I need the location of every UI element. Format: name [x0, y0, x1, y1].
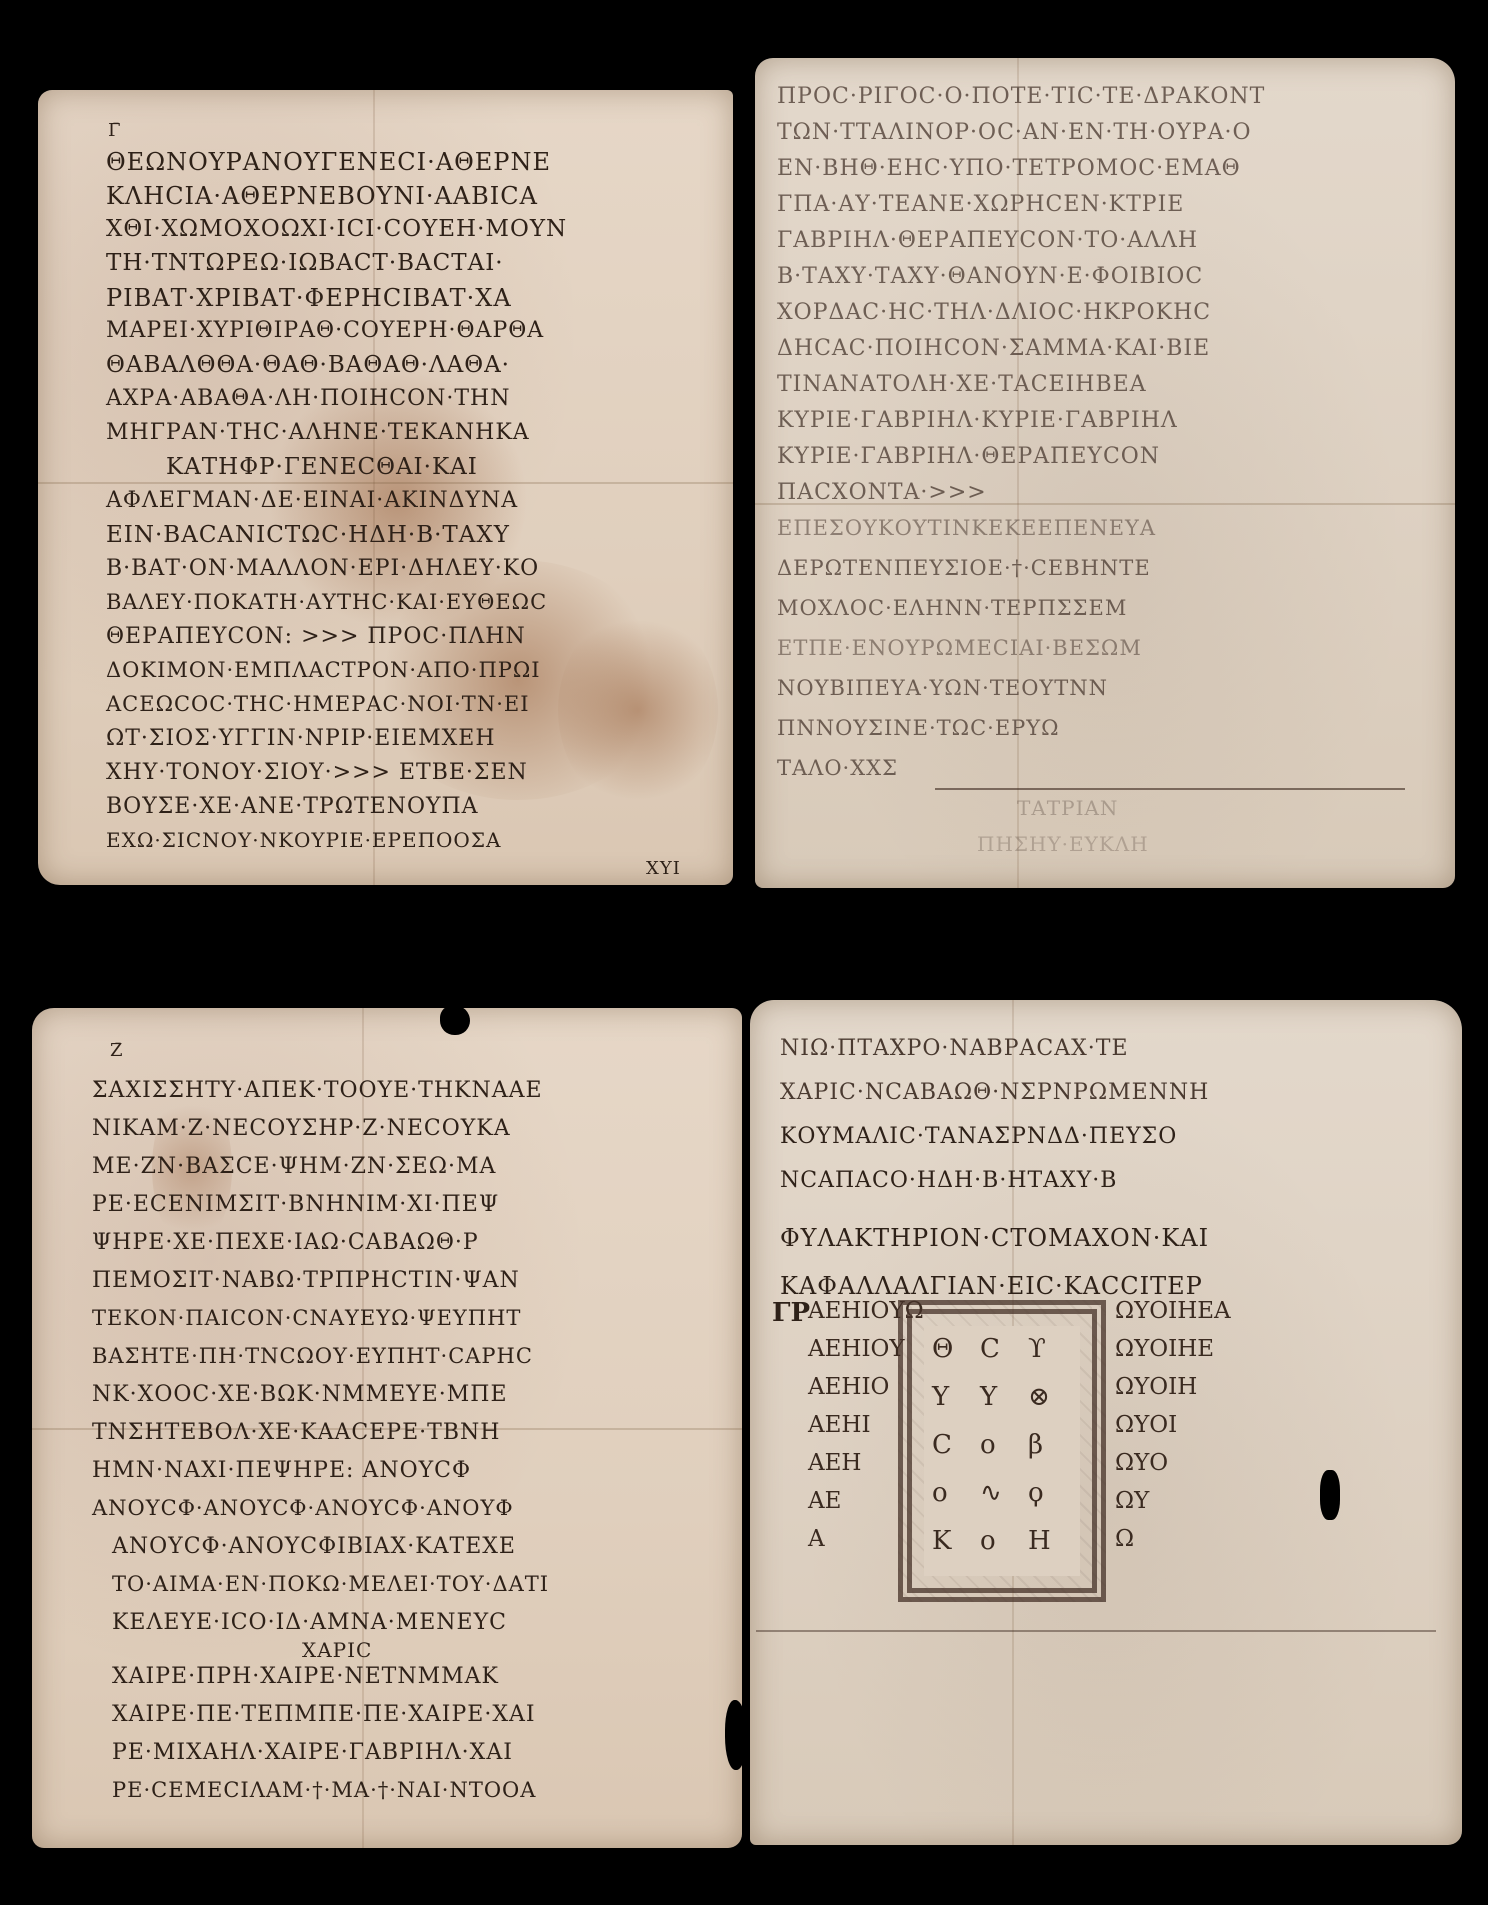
- page-text: ΘΕΩΝΟΥΡΑΝΟΥΓΕΝΕCΙ·ΑΘΕΡΝΕ ΚΛΗCΙΑ·ΑΘΕΡΝΕΒΟ…: [106, 150, 681, 884]
- text-line: ΧΑΡΙC·ΝCΑΒΑΩΘ·ΝΣΡΝΡΩΜΕΝΝΗ: [780, 1082, 1209, 1126]
- text-line: ΕΙΝ·ΒΑCΑΝΙCΤΩC·ΗΔΗ·Β·ΤΑΧΥ: [106, 524, 681, 558]
- amulet-symbol: ∿: [980, 1478, 1024, 1520]
- text-line: ΤΗ·ΤΝΤΩΡΕΩ·ΙΩΒΑCΤ·ΒΑCΤΑΙ·: [106, 252, 681, 286]
- text-line: ΧΟΡΔΑC·ΗC·ΤΗΛ·ΔΛΙΟC·ΗΚΡΟΚΗC: [777, 302, 1265, 338]
- text-line: ΤΑΤΡΙΑΝ: [777, 798, 1265, 834]
- text-line: ΗΜΝ·ΝΑΧΙ·ΠΕΨΗΡΕ: ΑΝΟΥCΦ: [92, 1460, 549, 1498]
- text-line: ΤΙΝΑΝΑΤΟΛΗ·ΧΕ·ΤΑCΕΙΗΒΕΑ: [777, 374, 1265, 410]
- text-line: ΦΥΛΑΚΤΗΡΙΟΝ·CΤΟΜΑΧΟΝ·ΚΑΙ: [780, 1226, 1209, 1274]
- text-line: ΠΕΜΟΣΙΤ·ΝΑΒΩ·ΤΡΠΡΗCΤΙΝ·ΨΑΝ: [92, 1270, 549, 1308]
- divider-rule: [756, 1630, 1436, 1632]
- text-line: ΘΕΩΝΟΥΡΑΝΟΥΓΕΝΕCΙ·ΑΘΕΡΝΕ: [106, 150, 681, 184]
- amulet-symbol: ϙ: [1028, 1478, 1072, 1520]
- text-line: ΩΤ·ΣΙΟΣ·ΥΓΓΙΝ·ΝΡΙΡ·ΕΙΕΜΧΕΗ: [106, 728, 681, 762]
- amulet-symbol: ϒ: [1028, 1334, 1072, 1376]
- text-line: ΨΗΡΕ·ΧΕ·ΠΕΧΕ·ΙΑΩ·CΑΒΑΩΘ·Ρ: [92, 1232, 549, 1270]
- amulet-symbol: ο: [980, 1430, 1024, 1472]
- triangle-row: ΩΥΟΙ: [1115, 1414, 1231, 1452]
- text-line: ΣΑΧΙΣΣΗΤΥ·ΑΠΕΚ·ΤΟΟΥΕ·ΤΗΚΝΑΑΕ: [92, 1080, 549, 1118]
- text-line: ΤΑΛΟ·ΧΧΣ: [777, 758, 1265, 798]
- text-line: ΝΟΥΒΙΠΕΥΑ·ΥΩΝ·ΤΕΟΥΤΝΝ: [777, 678, 1265, 718]
- text-line: ΧΑΙΡΕ·ΠΕ·ΤΕΠΜΠΕ·ΠΕ·ΧΑΙΡΕ·ΧΑΙ: [92, 1704, 549, 1742]
- amulet-symbol: Υ: [980, 1382, 1024, 1424]
- triangle-row: ΩΥΟΙΗΕ: [1115, 1338, 1231, 1376]
- text-line: ΧΗΥ·ΤΟΝΟΥ·ΣΙΟΥ·>>> ΕΤΒΕ·ΣΕΝ: [106, 762, 681, 796]
- text-line: ΝΚ·ΧΟΟC·ΧΕ·ΒΩΚ·ΝΜΜΕΥΕ·ΜΠΕ: [92, 1384, 549, 1422]
- amulet-symbol: ⊗: [1028, 1382, 1072, 1424]
- text-line: ΚΥΡΙΕ·ΓΑΒΡΙΗΛ·ΘΕΡΑΠΕΥCΟΝ: [777, 446, 1265, 482]
- text-line: ΚΟΥΜΑΛΙC·ΤΑΝΑΣΡΝΔΔ·ΠΕΥΣΟ: [780, 1126, 1209, 1170]
- text-line: ΓΑΒΡΙΗΛ·ΘΕΡΑΠΕΥCΟΝ·ΤΟ·ΑΛΛΗ: [777, 230, 1265, 266]
- amulet-symbol: Η: [1028, 1526, 1072, 1568]
- text-line: ΜΑΡΕΙ·ΧΥΡΙΘΙΡΑΘ·CΟΥΕΡΗ·ΘΑΡΘΑ: [106, 320, 681, 354]
- triangle-row: ΩΥ: [1115, 1490, 1231, 1528]
- binding-hole: [1320, 1470, 1340, 1520]
- text-line: ΒΑΣΗΤΕ·ΠΗ·ΤΝCΩΟΥ·ΕΥΠΗΤ·CΑΡΗC: [92, 1346, 549, 1384]
- text-line: ΠΝΝΟΥΣΙΝΕ·ΤΩC·ΕΡΥΩ: [777, 718, 1265, 758]
- text-line: ΤΩΝ·ΤΤΑΛΙΝΟΡ·ΟC·ΑΝ·ΕΝ·ΤΗ·ΟΥΡΑ·Ο: [777, 122, 1265, 158]
- amulet-symbol: Υ: [932, 1382, 976, 1424]
- text-line: ΝΙΚΑΜ·Ζ·ΝΕCΟΥΣΗΡ·Ζ·ΝΕCΟΥΚΑ: [92, 1118, 549, 1156]
- vowel-triangle-right: ΩΥΟΙΗΕΑ ΩΥΟΙΗΕ ΩΥΟΙΗ ΩΥΟΙ ΩΥΟ ΩΥ Ω: [1115, 1300, 1231, 1566]
- text-line: ΠΡΟC·ΡΙΓΟC·Ο·ΠΟΤΕ·ΤΙC·ΤΕ·ΔΡΑΚΟΝΤ: [777, 86, 1265, 122]
- text-line: ΒΟΥΣΕ·ΧΕ·ΑΝΕ·ΤΡΩΤΕΝΟΥΠΑ: [106, 796, 681, 830]
- amulet-symbols: Θ C ϒ Υ Υ ⊗ C ο β ο ∿ ϙ Κ ο Η: [924, 1326, 1080, 1576]
- text-line: ΕΝ·ΒΗΘ·ΕΗC·ΥΠΟ·ΤΕΤΡΟΜΟC·ΕΜΑΘ: [777, 158, 1265, 194]
- folio-mark: Ζ̄: [110, 1040, 123, 1061]
- text-line: ΑΝΟΥCΦ·ΑΝΟΥCΦΙΒΙΑΧ·ΚΑΤΕΧΕ: [92, 1536, 549, 1574]
- text-line: ΧΑΙΡΕ·ΠΡΗ·ΧΑΙΡΕ·ΝΕΤΝΜΜΑΚ: [92, 1666, 549, 1704]
- text-line: ΕΧΩ·ΣΙCΝΟΥ·ΝΚΟΥΡΙΕ·ΕΡΕΠΟΟΣΑ: [106, 830, 681, 860]
- triangle-row: ΩΥΟΙΗΕΑ: [1115, 1300, 1231, 1338]
- text-line: ΠΗΣΗΥ·ΕΥΚΛΗ: [777, 834, 1265, 870]
- text-line: ΚΥΡΙΕ·ΓΑΒΡΙΗΛ·ΚΥΡΙΕ·ΓΑΒΡΙΗΛ: [777, 410, 1265, 446]
- text-line: ΔΟΚΙΜΟΝ·ΕΜΠΛΑCΤΡΟΝ·ΑΠΟ·ΠΡΩΙ: [106, 660, 681, 694]
- text-line: ΤΟ·ΑΙΜΑ·ΕΝ·ΠΟΚΩ·ΜΕΛΕΙ·ΤΟΥ·ΔΑΤΙ: [92, 1574, 549, 1612]
- text-line: ΕΠΕΣΟΥΚΟΥΤΙΝΚΕΚΕΕΠΕΝΕΥΑ: [777, 518, 1265, 558]
- text-line: ΓΠΑ·ΑΥ·ΤΕΑΝΕ·ΧΩΡΗCΕΝ·ΚΤΡΙΕ: [777, 194, 1265, 230]
- text-line: ΚΑΤΗΦΡ·ΓΕΝΕCΘΑΙ·ΚΑΙ: [106, 456, 681, 490]
- divider-rule: [935, 788, 1405, 790]
- text-line: ΜΟΧΛΟC·ΕΛΗΝΝ·ΤΕΡΠΣΣΕΜ: [777, 598, 1265, 638]
- text-line: ΔΕΡΩΤΕΝΠΕΥΣΙΟΕ·†·CΕΒΗΝΤΕ: [777, 558, 1265, 598]
- manuscript-page-bottom-left: Ζ̄ ΣΑΧΙΣΣΗΤΥ·ΑΠΕΚ·ΤΟΟΥΕ·ΤΗΚΝΑΑΕ ΝΙΚΑΜ·Ζ·…: [32, 1008, 742, 1848]
- text-line: ΚΕΛΕΥΕ·ΙCΟ·ΙΔ·ΑΜΝΑ·ΜΕΝΕΥC: [92, 1612, 549, 1640]
- page-text: ΝΙΩ·ΠΤΑΧΡΟ·ΝΑΒΡΑCΑΧ·ΤΕ ΧΑΡΙC·ΝCΑΒΑΩΘ·ΝΣΡ…: [780, 1038, 1209, 1322]
- text-line: ΒΑΛΕΥ·ΠΟΚΑΤΗ·ΑΥΤΗC·ΚΑΙ·ΕΥΘΕΩC: [106, 592, 681, 626]
- text-line: ΑCΕΩCΟC·ΤΗC·ΗΜΕΡΑC·ΝΟΙ·ΤΝ·ΕΙ: [106, 694, 681, 728]
- amulet-symbol: Θ: [932, 1334, 976, 1376]
- text-line: ΜΕ·ΖΝ·ΒΑΣCΕ·ΨΗΜ·ΖΝ·ΣΕΩ·ΜΑ: [92, 1156, 549, 1194]
- text-line: ΡΕ·ΜΙΧΑΗΛ·ΧΑΙΡΕ·ΓΑΒΡΙΗΛ·ΧΑΙ: [92, 1742, 549, 1780]
- text-line: ΠΑCΧΟΝΤΑ·>>>: [777, 482, 1265, 518]
- amulet-symbol: ο: [932, 1478, 976, 1520]
- folio-mark: Γ̄: [108, 120, 121, 141]
- triangle-row: ΩΥΟΙΗ: [1115, 1376, 1231, 1414]
- text-line: ΜΗΓΡΑΝ·ΤΗC·ΑΛΗΝΕ·ΤΕΚΑΝΗΚΑ: [106, 422, 681, 456]
- text-line: ΧΑΡΙC: [92, 1640, 549, 1666]
- amulet-symbol: ο: [980, 1526, 1024, 1568]
- text-line: Β·ΒΑΤ·ΟΝ·ΜΑΛΛΟΝ·ΕΡΙ·ΔΗΛΕΥ·ΚΟ: [106, 558, 681, 592]
- manuscript-page-top-left: Γ̄ ΘΕΩΝΟΥΡΑΝΟΥΓΕΝΕCΙ·ΑΘΕΡΝΕ ΚΛΗCΙΑ·ΑΘΕΡΝ…: [38, 90, 733, 885]
- section-label: ΓΡ: [772, 1298, 810, 1328]
- text-line: ΑΝΟΥCΦ·ΑΝΟΥCΦ·ΑΝΟΥCΦ·ΑΝΟΥΦ: [92, 1498, 549, 1536]
- binding-hole: [440, 1005, 470, 1035]
- manuscript-page-top-right: ΠΡΟC·ΡΙΓΟC·Ο·ΠΟΤΕ·ΤΙC·ΤΕ·ΔΡΑΚΟΝΤ ΤΩΝ·ΤΤΑ…: [755, 58, 1455, 888]
- text-line: ΚΛΗCΙΑ·ΑΘΕΡΝΕΒΟΥΝΙ·ΑΑΒΙCΑ: [106, 184, 681, 218]
- triangle-row: Ω: [1115, 1528, 1231, 1566]
- text-line: ΝCΑΠΑCΟ·ΗΔΗ·Β·ΗΤΑΧΥ·Β: [780, 1170, 1209, 1226]
- triangle-row: ΩΥΟ: [1115, 1452, 1231, 1490]
- amulet-symbol: Κ: [932, 1526, 976, 1568]
- amulet-symbol: β: [1028, 1430, 1072, 1472]
- page-text: ΣΑΧΙΣΣΗΤΥ·ΑΠΕΚ·ΤΟΟΥΕ·ΤΗΚΝΑΑΕ ΝΙΚΑΜ·Ζ·ΝΕC…: [92, 1080, 549, 1818]
- text-line: Β·ΤΑΧΥ·ΤΑΧΥ·ΘΑΝΟΥΝ·Ε·ΦΟΙΒΙΟC: [777, 266, 1265, 302]
- text-line: ΝΙΩ·ΠΤΑΧΡΟ·ΝΑΒΡΑCΑΧ·ΤΕ: [780, 1038, 1209, 1082]
- text-line: ΡΕ·CΕΜΕCΙΛΑΜ·†·ΜΑ·†·ΝΑΙ·ΝΤΟΟΑ: [92, 1780, 549, 1818]
- amulet-symbol: C: [932, 1430, 976, 1472]
- manuscript-page-bottom-right: ΝΙΩ·ΠΤΑΧΡΟ·ΝΑΒΡΑCΑΧ·ΤΕ ΧΑΡΙC·ΝCΑΒΑΩΘ·ΝΣΡ…: [750, 1000, 1462, 1845]
- text-line: ΑΦΛΕΓΜΑΝ·ΔΕ·ΕΙΝΑΙ·ΑΚΙΝΔΥΝΑ: [106, 490, 681, 524]
- amulet-symbol: C: [980, 1334, 1024, 1376]
- binding-hole: [725, 1700, 747, 1770]
- text-line: ΕΤΠΕ·ΕΝΟΥΡΩΜΕCΙΑΙ·ΒΕΣΩΜ: [777, 638, 1265, 678]
- text-line: ΧΘΙ·ΧΩΜΟΧΟΩΧΙ·ΙCΙ·CΟΥΕΗ·ΜΟΥΝ: [106, 218, 681, 252]
- text-line: ΤΕΚΟΝ·ΠΑΙCΟΝ·CΝΑΥΕΥΩ·ΨΕΥΠΗΤ: [92, 1308, 549, 1346]
- amulet-frame: Θ C ϒ Υ Υ ⊗ C ο β ο ∿ ϙ Κ ο Η: [898, 1300, 1106, 1602]
- text-line: ΡΙΒΑΤ·ΧΡΙΒΑΤ·ΦΕΡΗCΙΒΑΤ·ΧΑ: [106, 286, 681, 320]
- text-line: ΘΑΒΑΛΘΘΑ·ΘΑΘ·ΒΑΘΑΘ·ΛΑΘΑ·: [106, 354, 681, 388]
- text-line: ΑΧΡΑ·ΑΒΑΘΑ·ΛΗ·ΠΟΙΗCΟΝ·ΤΗΝ: [106, 388, 681, 422]
- page-text: ΠΡΟC·ΡΙΓΟC·Ο·ΠΟΤΕ·ΤΙC·ΤΕ·ΔΡΑΚΟΝΤ ΤΩΝ·ΤΤΑ…: [777, 86, 1265, 870]
- text-line: ΡΕ·ΕCΕΝΙΜΣΙΤ·ΒΝΗΝΙΜ·ΧΙ·ΠΕΨ: [92, 1194, 549, 1232]
- text-line: ΘΕΡΑΠΕΥCΟΝ: >>> ΠΡΟC·ΠΛΗΝ: [106, 626, 681, 660]
- text-line: ΧΥΙ: [106, 860, 681, 884]
- text-line: ΔΗCΑC·ΠΟΙΗCΟΝ·ΣΑΜΜΑ·ΚΑΙ·ΒΙΕ: [777, 338, 1265, 374]
- text-line: ΤΝΣΗΤΕΒΟΛ·ΧΕ·ΚΑΑCΕΡΕ·ΤΒΝΗ: [92, 1422, 549, 1460]
